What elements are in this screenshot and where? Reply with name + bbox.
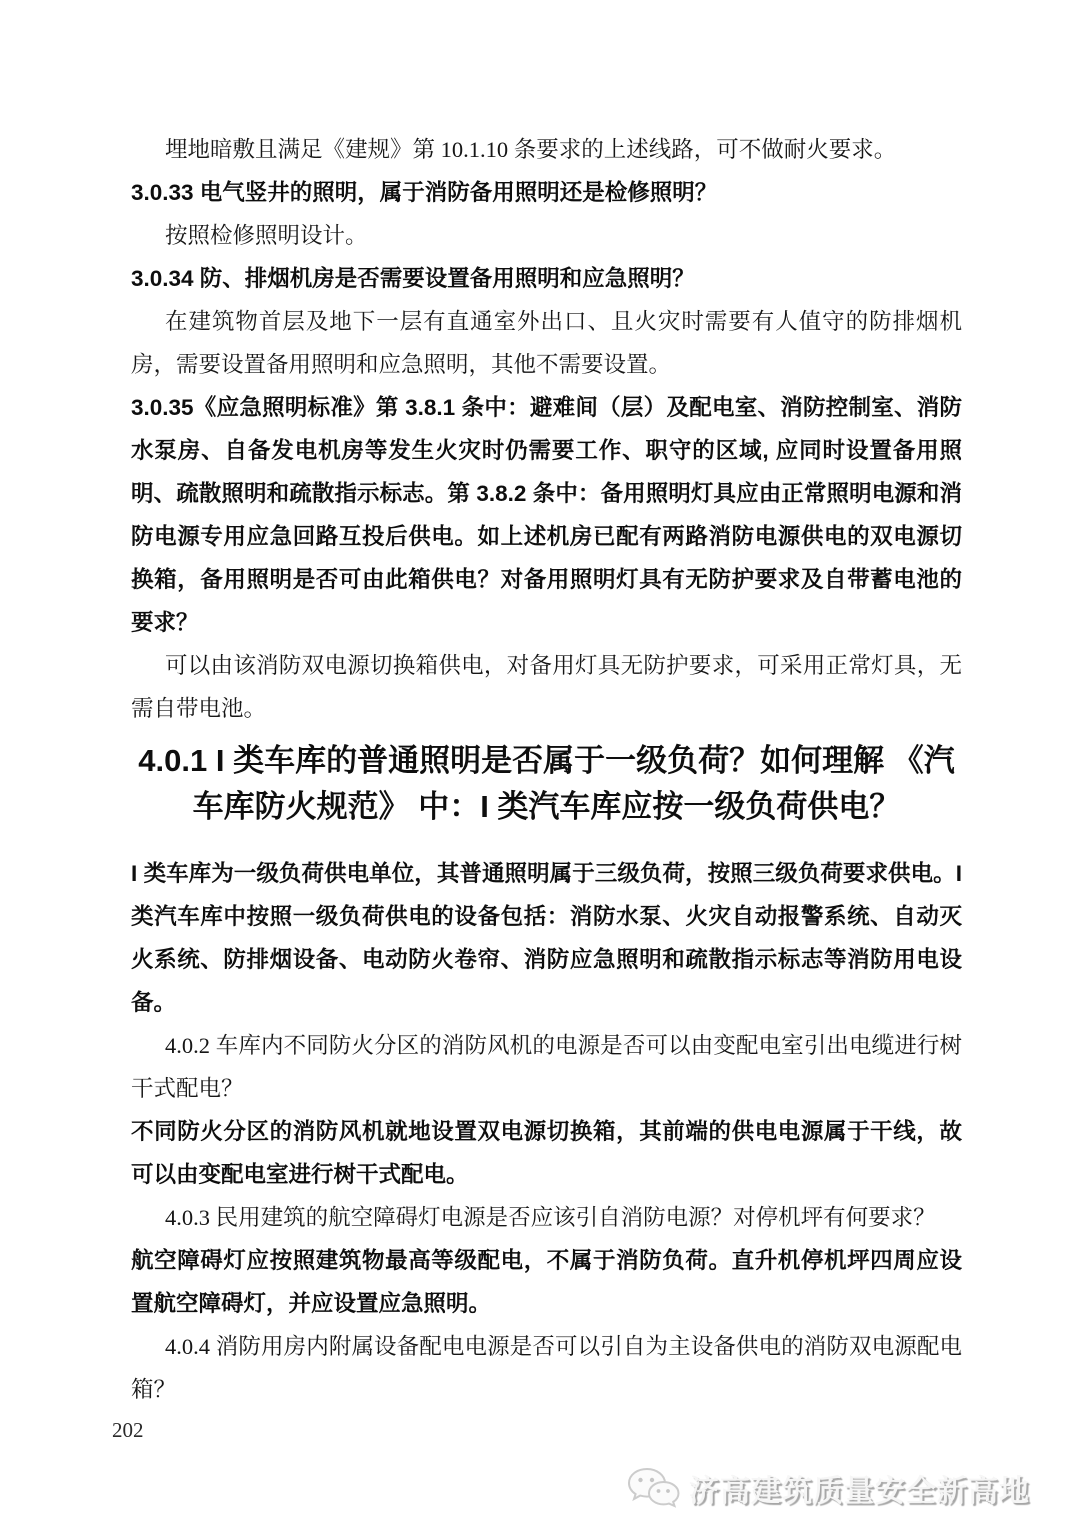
answer-paragraph: 按照检修照明设计。: [131, 214, 962, 257]
answer-paragraph: 在建筑物首层及地下一层有直通室外出口、且火灾时需要有人值守的防排烟机房，需要设置…: [131, 300, 962, 386]
question-heading: I 类车库为一级负荷供电单位，其普通照明属于三级负荷，按照三级负荷要求供电。I …: [131, 852, 962, 1024]
answer-paragraph: 4.0.3 民用建筑的航空障碍灯电源是否应该引自消防电源？对停机坪有何要求？: [131, 1196, 962, 1239]
watermark-text: 济高建筑质量安全新高地: [689, 1466, 1030, 1510]
answer-paragraph: 4.0.4 消防用房内附属设备配电电源是否可以引自为主设备供电的消防双电源配电箱…: [131, 1325, 962, 1411]
watermark: 济高建筑质量安全新高地: [626, 1465, 1030, 1511]
wechat-icon: [626, 1465, 680, 1511]
answer-paragraph: 可以由该消防双电源切换箱供电，对备用灯具无防护要求，可采用正常灯具，无需自带电池…: [131, 644, 962, 730]
question-heading: 不同防火分区的消防风机就地设置双电源切换箱，其前端的供电电源属于干线，故可以由变…: [131, 1110, 962, 1196]
answer-paragraph: 4.0.2 车库内不同防火分区的消防风机的电源是否可以由变配电室引出电缆进行树干…: [131, 1024, 962, 1110]
page-content: 埋地暗敷且满足《建规》第 10.1.10 条要求的上述线路，可不做耐火要求。 3…: [131, 128, 962, 1411]
question-heading: 3.0.33 电气竖井的照明，属于消防备用照明还是检修照明？: [131, 171, 962, 214]
document-page: 埋地暗敷且满足《建规》第 10.1.10 条要求的上述线路，可不做耐火要求。 3…: [0, 0, 1080, 1527]
page-number: 202: [112, 1418, 144, 1443]
question-heading: 3.0.34 防、排烟机房是否需要设置备用照明和应急照明？: [131, 257, 962, 300]
chapter-title: 4.0.1 I 类车库的普通照明是否属于一级负荷？如何理解 《汽车库防火规范》 …: [131, 738, 962, 830]
question-heading: 3.0.35《应急照明标准》第 3.8.1 条中：避难间（层）及配电室、消防控制…: [131, 386, 962, 644]
answer-paragraph: 埋地暗敷且满足《建规》第 10.1.10 条要求的上述线路，可不做耐火要求。: [131, 128, 962, 171]
question-heading: 航空障碍灯应按照建筑物最高等级配电，不属于消防负荷。直升机停机坪四周应设置航空障…: [131, 1239, 962, 1325]
